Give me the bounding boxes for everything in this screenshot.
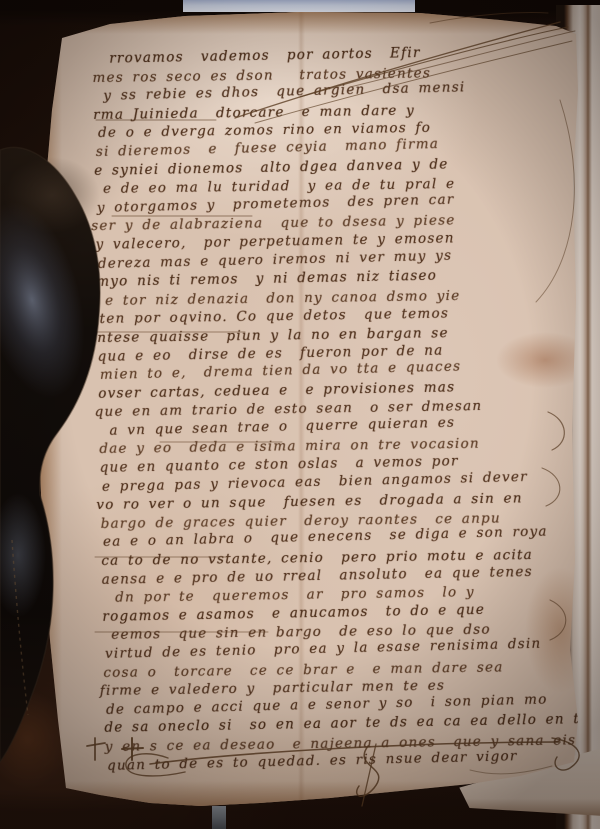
photograph: rrovamos vademos por aortos Efirmes ros … bbox=[0, 0, 600, 829]
manuscript-text: rrovamos vademos por aortos Efirmes ros … bbox=[92, 41, 583, 775]
background-paper-edge bbox=[183, 0, 415, 12]
manuscript-page: rrovamos vademos por aortos Efirmes ros … bbox=[0, 0, 600, 829]
support-tab bbox=[212, 806, 226, 829]
